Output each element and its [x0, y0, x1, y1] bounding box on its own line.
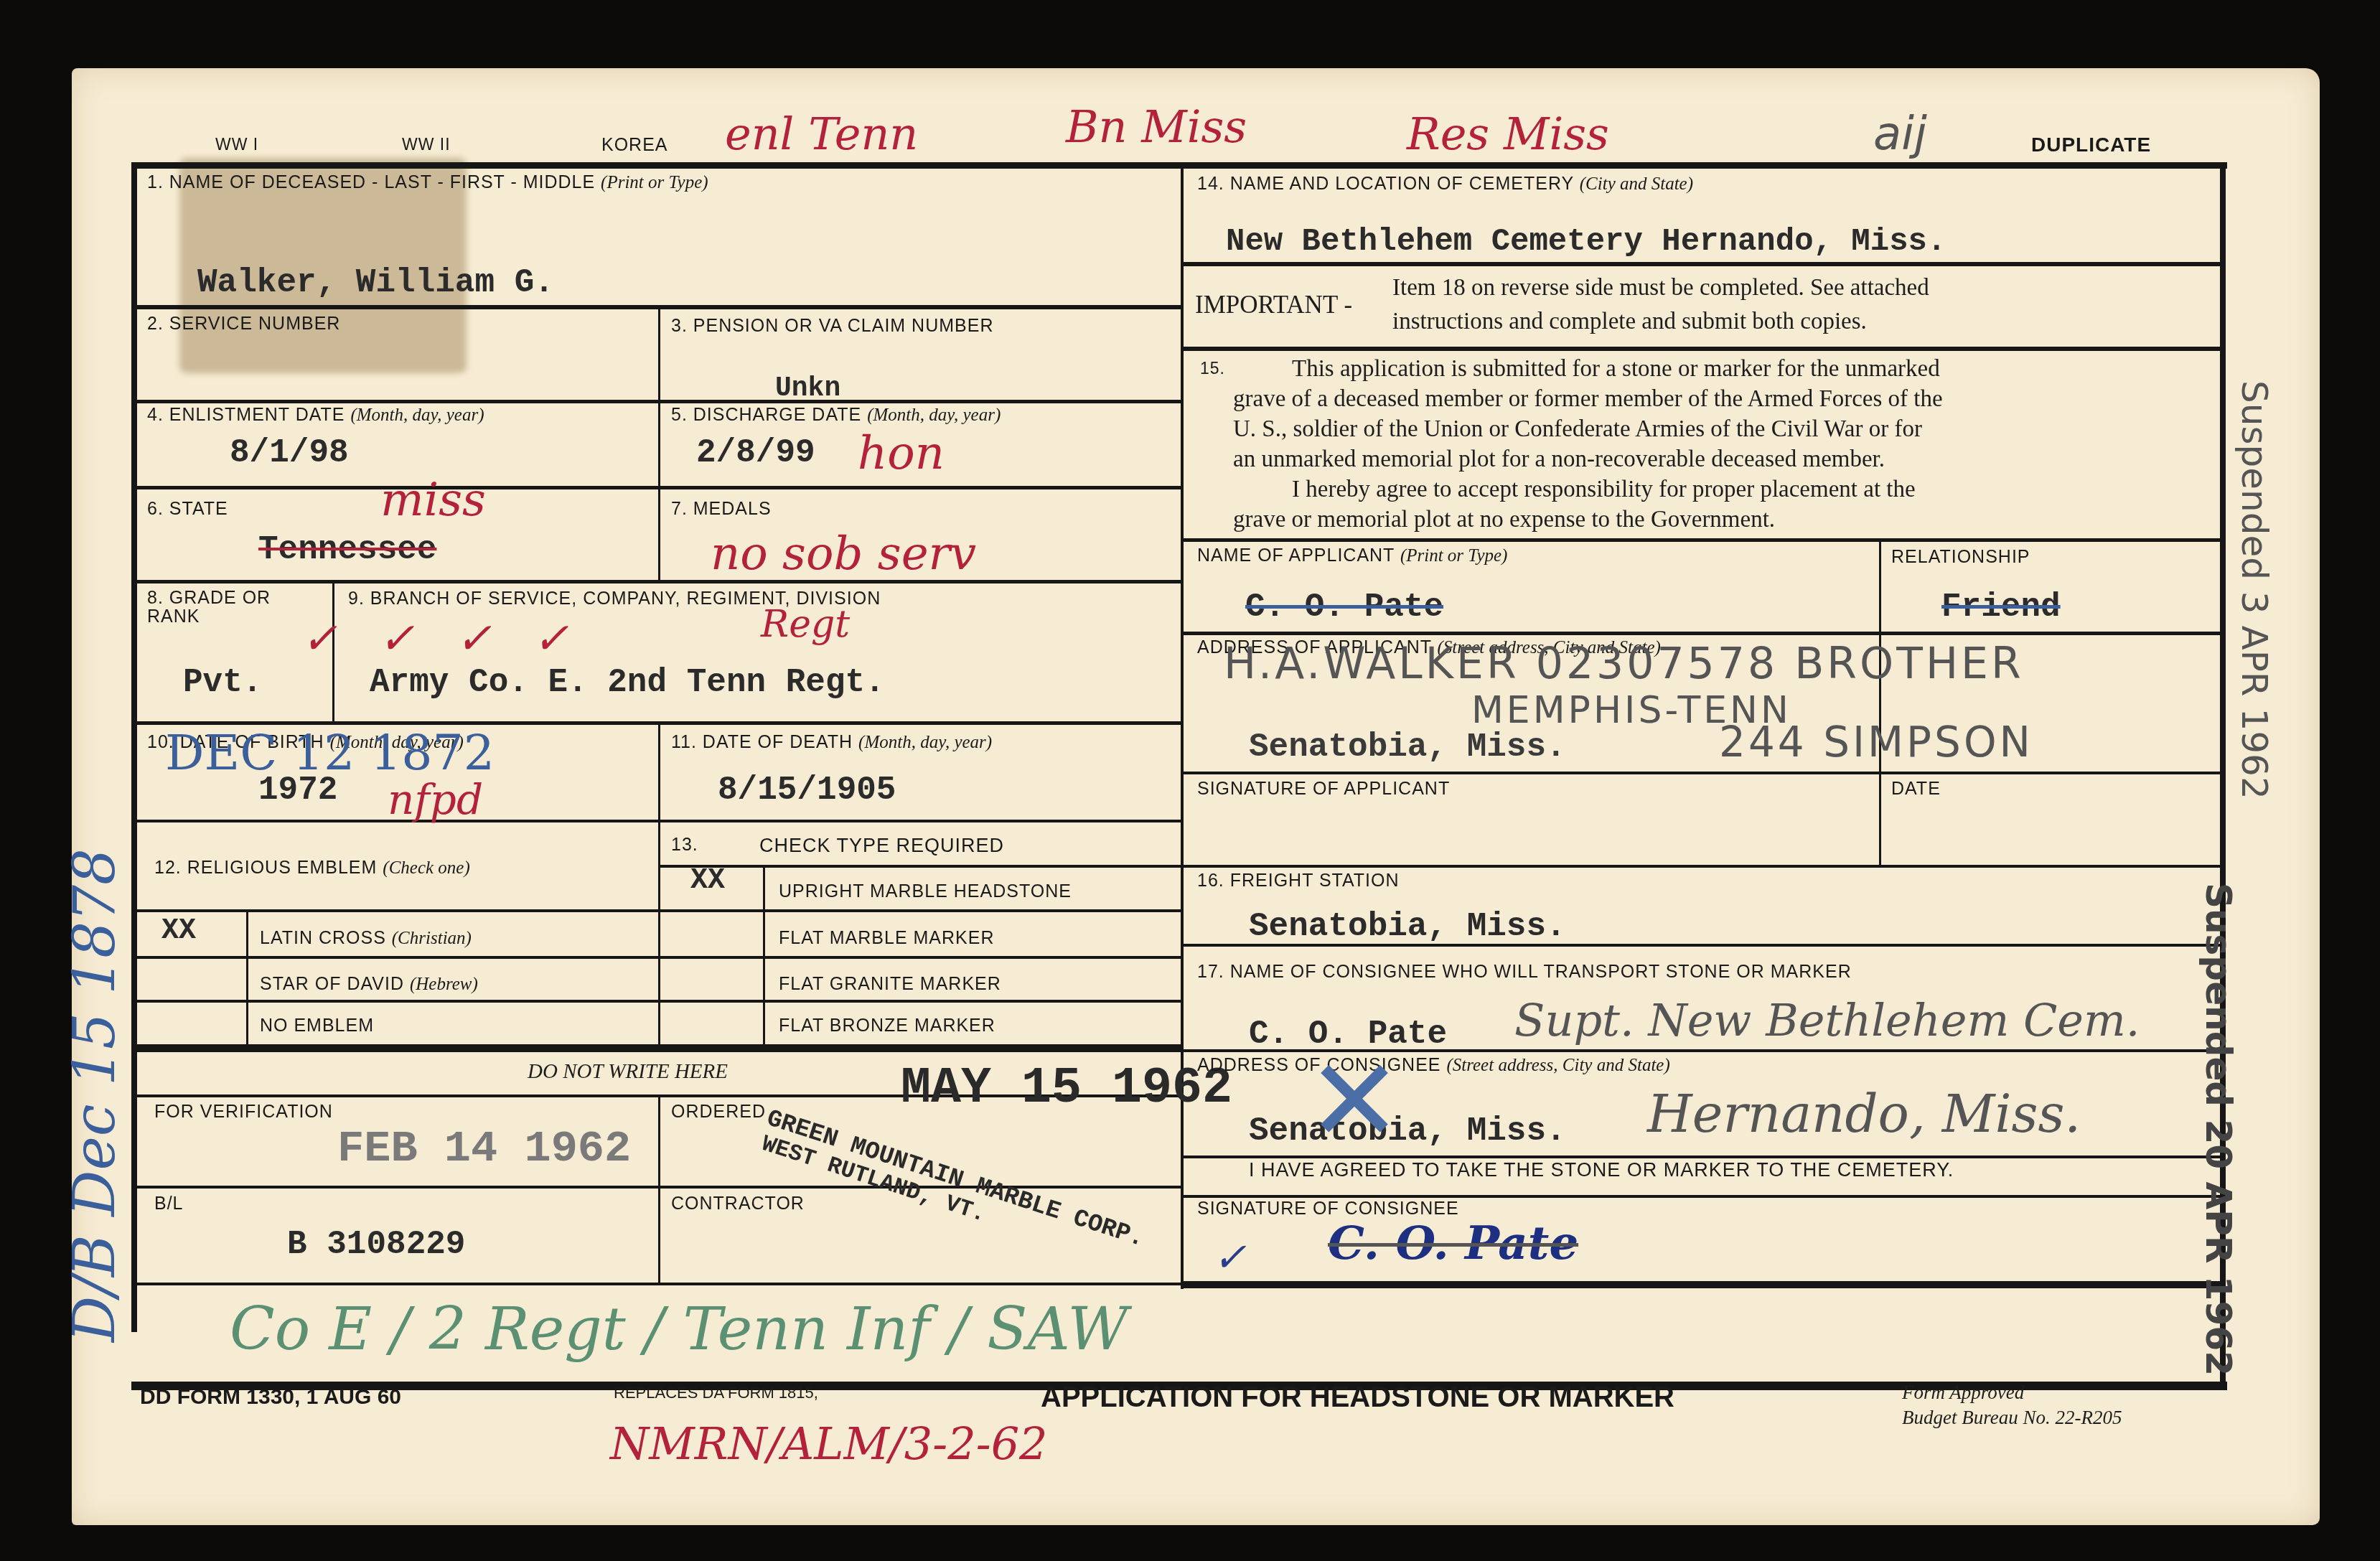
important-line1: Item 18 on reverse side must be complete…: [1392, 275, 1929, 301]
applicant-name-label: NAME OF APPLICANT (Print or Type): [1197, 545, 1507, 566]
form-title: APPLICATION FOR HEADSTONE OR MARKER: [1041, 1382, 1674, 1414]
emblem-option-latin[interactable]: LATIN CROSS (Christian): [260, 928, 472, 949]
deceased-name[interactable]: Walker, William G.: [197, 264, 554, 301]
annotation-residence: Res Miss: [1407, 108, 1609, 160]
left-margin-note: D/B Dec 15 1878: [61, 848, 128, 1342]
type-option-upright[interactable]: UPRIGHT MARBLE HEADSTONE: [779, 881, 1072, 902]
field-8-label: 8. GRADE OR RANK: [147, 589, 291, 626]
type-option-flat-bronze[interactable]: FLAT BRONZE MARKER: [779, 1016, 995, 1036]
important-label: IMPORTANT -: [1195, 291, 1352, 319]
annotation-state: miss: [380, 474, 486, 527]
claim-number[interactable]: Unkn: [775, 373, 840, 404]
annotation-address-3: 244 SIMPSON: [1719, 718, 2033, 767]
annotation-regt: Regt: [761, 603, 850, 646]
freight-station-value[interactable]: Senatobia, Miss.: [1249, 908, 1566, 945]
approved-line-1: Form Approved: [1902, 1382, 2024, 1404]
field-1-label: 1. NAME OF DECEASED - LAST - FIRST - MID…: [147, 172, 708, 193]
statement-line: I hereby agree to accept responsibility …: [1292, 477, 1916, 503]
discharge-date[interactable]: 2/8/99: [696, 434, 815, 472]
consignee-address-value[interactable]: Senatobia, Miss.: [1249, 1112, 1566, 1150]
do-not-write-label: DO NOT WRITE HERE: [528, 1060, 728, 1084]
applicant-address-value[interactable]: Senatobia, Miss.: [1249, 728, 1566, 766]
form-id: DD FORM 1330, 1 AUG 60: [140, 1385, 401, 1410]
field-16-label: 16. FREIGHT STATION: [1197, 871, 1400, 891]
approved-line-2: Budget Bureau No. 22-R205: [1902, 1407, 2122, 1429]
bl-label: B/L: [154, 1194, 184, 1214]
important-line2: instructions and complete and submit bot…: [1392, 309, 1867, 335]
form-left-border: [131, 162, 137, 1332]
check-mark-icon: ✓ ✓ ✓ ✓: [301, 614, 569, 664]
cross-mark-icon: ✕: [1306, 1033, 1402, 1168]
type-mark-upright[interactable]: XX: [690, 865, 725, 897]
cemetery-value[interactable]: New Bethlehem Cemetery Hernando, Miss.: [1226, 224, 1946, 260]
war-option-ww2[interactable]: WW II: [402, 135, 451, 154]
annotation-consignee: Supt. New Bethlehem Cem.: [1514, 994, 2140, 1046]
ordered-label: ORDERED: [671, 1102, 766, 1122]
emblem-option-star[interactable]: STAR OF DAVID (Hebrew): [260, 974, 478, 995]
emblem-option-none[interactable]: NO EMBLEM: [260, 1016, 374, 1036]
death-date-value[interactable]: 8/15/1905: [718, 772, 896, 809]
field-13-title: CHECK TYPE REQUIRED: [759, 835, 1004, 857]
relationship-value[interactable]: Friend: [1941, 589, 2061, 626]
annotation-medals: no sob serv: [711, 528, 976, 581]
replaces-note: REPLACES DA FORM 1815,: [614, 1384, 818, 1402]
field-11-label: 11. DATE OF DEATH (Month, day, year): [671, 732, 992, 753]
bottom-note: Co E / 2 Regt / Tenn Inf / SAW: [230, 1295, 1128, 1364]
contractor-label: CONTRACTOR: [671, 1194, 805, 1214]
duplicate-label: DUPLICATE: [2031, 133, 2151, 156]
state-value[interactable]: Tennessee: [258, 531, 436, 568]
statement-line: grave or memorial plot at no expense to …: [1233, 507, 1775, 533]
column-divider: [1181, 162, 1184, 1289]
verification-label: FOR VERIFICATION: [154, 1102, 333, 1122]
annotation-nfpd: nfpd: [388, 775, 483, 824]
form-top-border: [131, 162, 2227, 169]
ordered-date-stamp: MAY 15 1962: [901, 1061, 1232, 1117]
annotation-address-1: H.A.WALKER 02307578 BROTHER: [1224, 639, 2024, 689]
field-6-label: 6. STATE: [147, 499, 228, 520]
field-17-label: 17. NAME OF CONSIGNEE WHO WILL TRANSPORT…: [1197, 962, 1852, 983]
annotation-initials: aij: [1873, 108, 1927, 161]
statement-line: an unmarked memorial plot for a non-reco…: [1233, 446, 1885, 473]
bl-number[interactable]: B 3108229: [287, 1226, 465, 1263]
check-mark-icon: ✓: [1213, 1234, 1247, 1281]
applicant-name-value[interactable]: C. O. Pate: [1245, 589, 1443, 626]
war-option-ww1[interactable]: WW I: [215, 135, 258, 154]
field-5-label: 5. DISCHARGE DATE (Month, day, year): [671, 405, 1001, 426]
field-2-label: 2. SERVICE NUMBER: [147, 314, 340, 334]
consignee-address-label: ADDRESS OF CONSIGNEE (Street address, Ci…: [1197, 1055, 1670, 1076]
statement-line: U. S., soldier of the Union or Confedera…: [1233, 416, 1922, 443]
field-13-label: 13.: [671, 835, 698, 855]
field-7-label: 7. MEDALS: [671, 499, 772, 520]
date-label: DATE: [1891, 779, 1941, 800]
annotation-hon: hon: [858, 427, 945, 480]
bottom-annotation: NMRN/ALM/3-2-62: [610, 1417, 1048, 1470]
field-14-label: 14. NAME AND LOCATION OF CEMETERY (City …: [1197, 174, 1693, 194]
type-option-flat-marble[interactable]: FLAT MARBLE MARKER: [779, 928, 994, 949]
annotation-birth: DEC 12 1872: [165, 725, 495, 782]
field-3-label: 3. PENSION OR VA CLAIM NUMBER: [671, 316, 993, 337]
consignee-signature[interactable]: C. O. Pate: [1328, 1217, 1578, 1270]
annotation-born: Bn Miss: [1066, 100, 1247, 153]
relationship-label: RELATIONSHIP: [1891, 547, 2030, 568]
field-4-label: 4. ENLISTMENT DATE (Month, day, year): [147, 405, 484, 426]
type-option-flat-granite[interactable]: FLAT GRANITE MARKER: [779, 974, 1001, 995]
statement-line: This application is submitted for a ston…: [1292, 356, 1940, 383]
war-option-korea[interactable]: KOREA: [601, 135, 668, 156]
field-12-label: 12. RELIGIOUS EMBLEM (Check one): [154, 858, 470, 878]
emblem-mark-latin[interactable]: XX: [161, 915, 196, 947]
field-15-label: 15.: [1200, 359, 1225, 378]
statement-line: grave of a deceased member or former mem…: [1233, 386, 1943, 413]
verification-stamp: FEB 14 1962: [337, 1123, 631, 1174]
suspended-stamp-1: Suspended 3 APR 1962: [2234, 380, 2275, 800]
branch-value[interactable]: Army Co. E. 2nd Tenn Regt.: [370, 664, 885, 701]
annotation-enl: enl Tenn: [725, 108, 918, 160]
annotation-consignee-address: Hernando, Miss.: [1647, 1084, 2081, 1144]
applicant-signature-label: SIGNATURE OF APPLICANT: [1197, 779, 1450, 800]
rank-value[interactable]: Pvt.: [183, 664, 262, 701]
agreement-text: I HAVE AGREED TO TAKE THE STONE OR MARKE…: [1249, 1159, 1954, 1181]
suspended-stamp-2: Suspended 20 APR 1962: [2198, 883, 2239, 1376]
enlistment-date[interactable]: 8/1/98: [230, 434, 349, 472]
